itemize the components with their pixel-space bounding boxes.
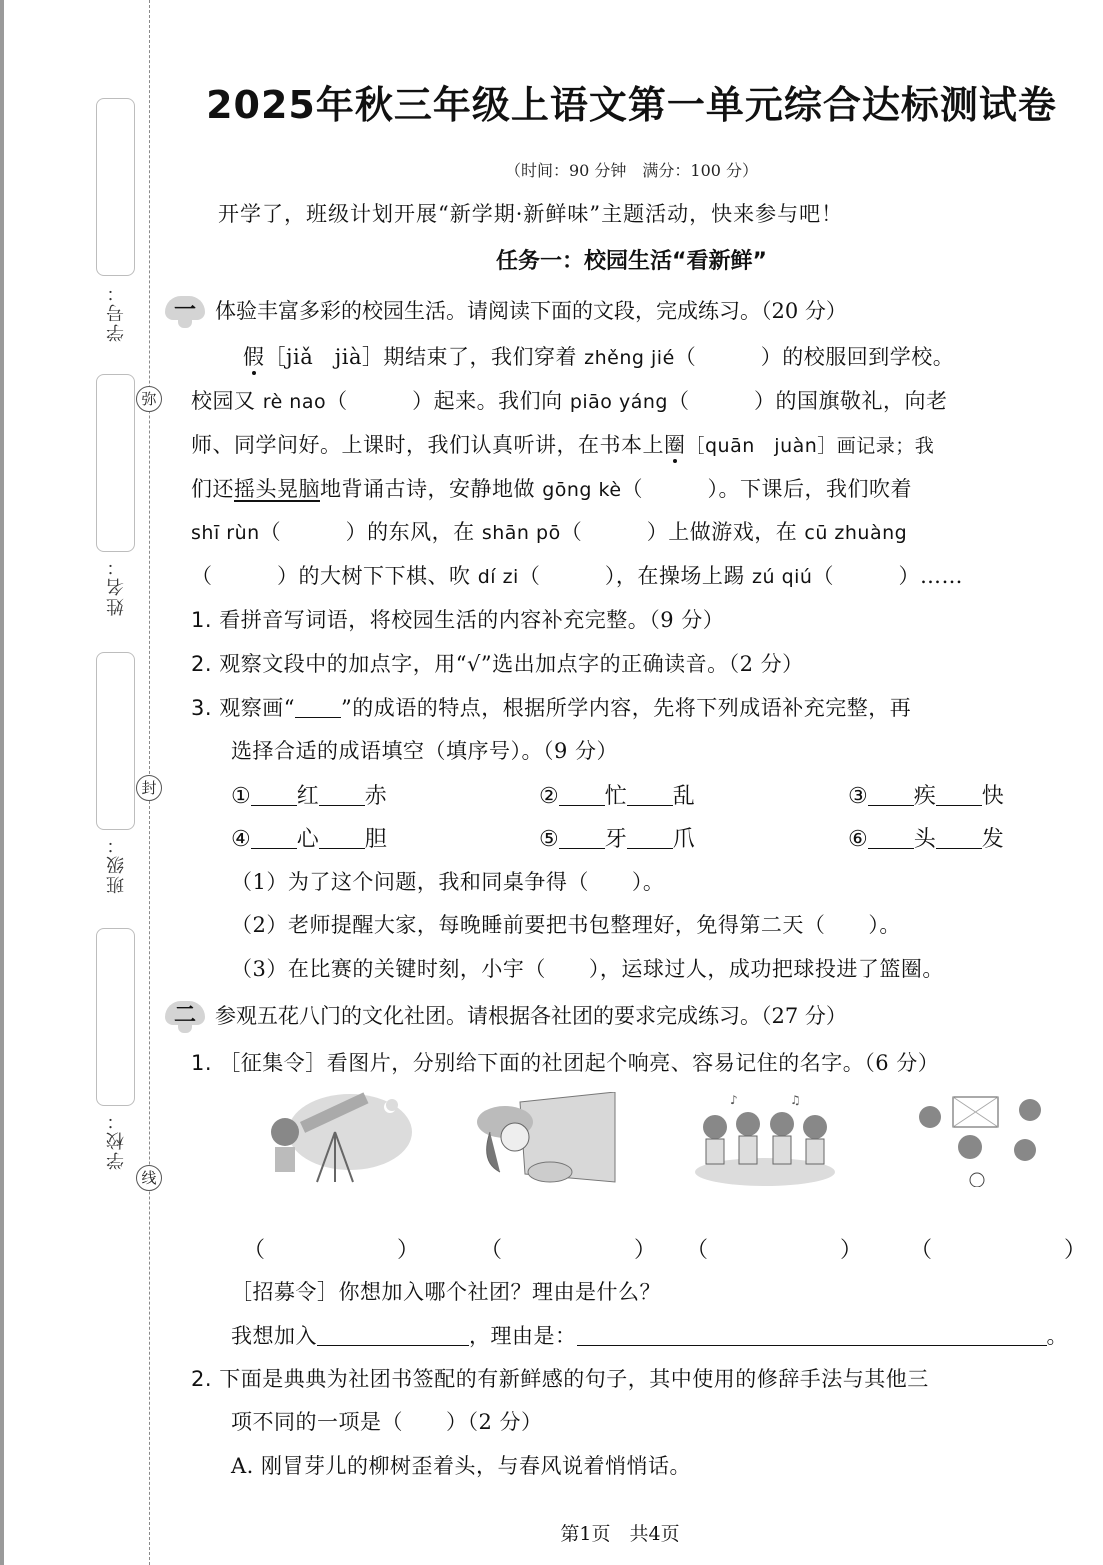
fill-sentence-3: （3）在比赛的关键时刻，小宇（ ），运球过人，成功把球投进了篮圈。 <box>231 953 944 983</box>
page-title: 2025年秋三年级上语文第一单元综合达标测试卷 <box>160 74 1103 129</box>
student-id-label: 学号： <box>104 282 130 342</box>
idiom-1[interactable]: ①红赤 <box>231 779 387 810</box>
exam-meta: （时间：90 分钟 满分：100 分） <box>160 158 1103 181</box>
passage-line-4: 们还摇头晃脑地背诵古诗，安静地做 gōng kè（ ）。下课后，我们吹着 <box>191 473 912 503</box>
answer-paren-1[interactable]: （ ） <box>243 1233 419 1264</box>
class-box[interactable] <box>96 652 135 830</box>
page-number: 第1页 共4页 <box>0 1519 1103 1546</box>
section-badge-icon: 一 <box>165 296 205 328</box>
kids-soccer-picture <box>905 1092 1055 1187</box>
question-2-1: 1. ［征集令］看图片，分别给下面的社团起个响亮、容易记住的名字。（6 分） <box>191 1047 939 1077</box>
idiom-2[interactable]: ②忙乱 <box>539 779 695 810</box>
girl-painting-picture <box>470 1092 620 1187</box>
task-heading: 任务一：校园生活“看新鲜” <box>160 244 1103 275</box>
idiom-5[interactable]: ⑤牙爪 <box>539 822 695 853</box>
option-a: A. 刚冒芽儿的柳树歪着头，与春风说着悄悄话。 <box>231 1450 691 1480</box>
idiom-6[interactable]: ⑥头发 <box>848 822 1004 853</box>
recruit-prompt: ［招募令］你想加入哪个社团？理由是什么？ <box>231 1276 661 1306</box>
question-2-2: 2. 下面是典典为社团书签配的有新鲜感的句子，其中使用的修辞手法与其他三 <box>191 1363 929 1393</box>
passage-line-6: （ ）的大树下下棋、吹 dí zi（ ），在操场上踢 zú qiú（ ）…… <box>191 560 963 590</box>
name-label: 姓名： <box>104 556 130 616</box>
intro-text: 开学了，班级计划开展“新学期·新鲜味”主题活动，快来参与吧！ <box>218 198 843 228</box>
idiom-4[interactable]: ④心胆 <box>231 822 387 853</box>
telescope-stargazing-picture <box>255 1092 413 1187</box>
svg-text:♫: ♫ <box>790 1093 801 1107</box>
question-1-2: 2. 观察文段中的加点字，用“√”选出加点字的正确读音。（2 分） <box>191 648 804 678</box>
question-1-1: 1. 看拼音写词语，将校园生活的内容补充完整。（9 分） <box>191 604 724 634</box>
school-box[interactable] <box>96 928 135 1106</box>
student-id-box[interactable] <box>96 98 135 276</box>
page-edge <box>0 0 4 1565</box>
passage-line-1: 假［jiǎ jià］期结束了，我们穿着 zhěng jié（ ）的校服回到学校。 <box>243 341 954 371</box>
fill-sentence-1: （1）为了这个问题，我和同桌争得（ ）。 <box>231 866 664 896</box>
children-singing-picture: ♪♫ <box>690 1092 840 1187</box>
club-answer-blank[interactable] <box>317 1324 469 1346</box>
svg-text:♪: ♪ <box>730 1093 738 1107</box>
passage-line-2: 校园又 rè nao（ ）起来。我们向 piāo yáng（ ）的国旗敬礼，向老 <box>191 385 947 415</box>
reason-answer-blank[interactable] <box>577 1324 1047 1346</box>
seal-mi: 弥 <box>136 386 162 412</box>
passage-line-5: shī rùn（ ）的东风，在 shān pō（ ）上做游戏，在 cū zhuà… <box>191 516 907 546</box>
idiom-3[interactable]: ③疾快 <box>848 779 1004 810</box>
question-2-2-cont: 项不同的一项是（ ）（2 分） <box>231 1406 543 1436</box>
answer-line: 我想加入，理由是：。 <box>231 1320 1068 1350</box>
fill-sentence-2: （2）老师提醒大家，每晚睡前要把书包整理好，免得第二天（ ）。 <box>231 909 901 939</box>
name-box[interactable] <box>96 374 135 552</box>
class-label: 班级： <box>104 834 130 894</box>
answer-paren-4[interactable]: （ ） <box>910 1233 1086 1264</box>
section-2-heading: 二参观五花八门的文化社团。请根据各社团的要求完成练习。（27 分） <box>165 1000 847 1033</box>
seal-feng: 封 <box>136 775 162 801</box>
seal-xian: 线 <box>136 1165 162 1191</box>
passage-line-3: 师、同学问好。上课时，我们认真听讲，在书本上圈［quān juàn］画记录；我 <box>191 429 934 459</box>
answer-paren-3[interactable]: （ ） <box>686 1233 862 1264</box>
question-1-3-cont: 选择合适的成语填空（填序号）。（9 分） <box>231 735 618 765</box>
answer-paren-2[interactable]: （ ） <box>480 1233 656 1264</box>
section-1-heading: 一体验丰富多彩的校园生活。请阅读下面的文段，完成练习。（20 分） <box>165 295 847 328</box>
question-1-3: 3. 观察画“”的成语的特点，根据所学内容，先将下列成语补充完整，再 <box>191 692 911 722</box>
section-badge-icon: 二 <box>165 1001 205 1033</box>
school-label: 学校： <box>104 1110 130 1170</box>
